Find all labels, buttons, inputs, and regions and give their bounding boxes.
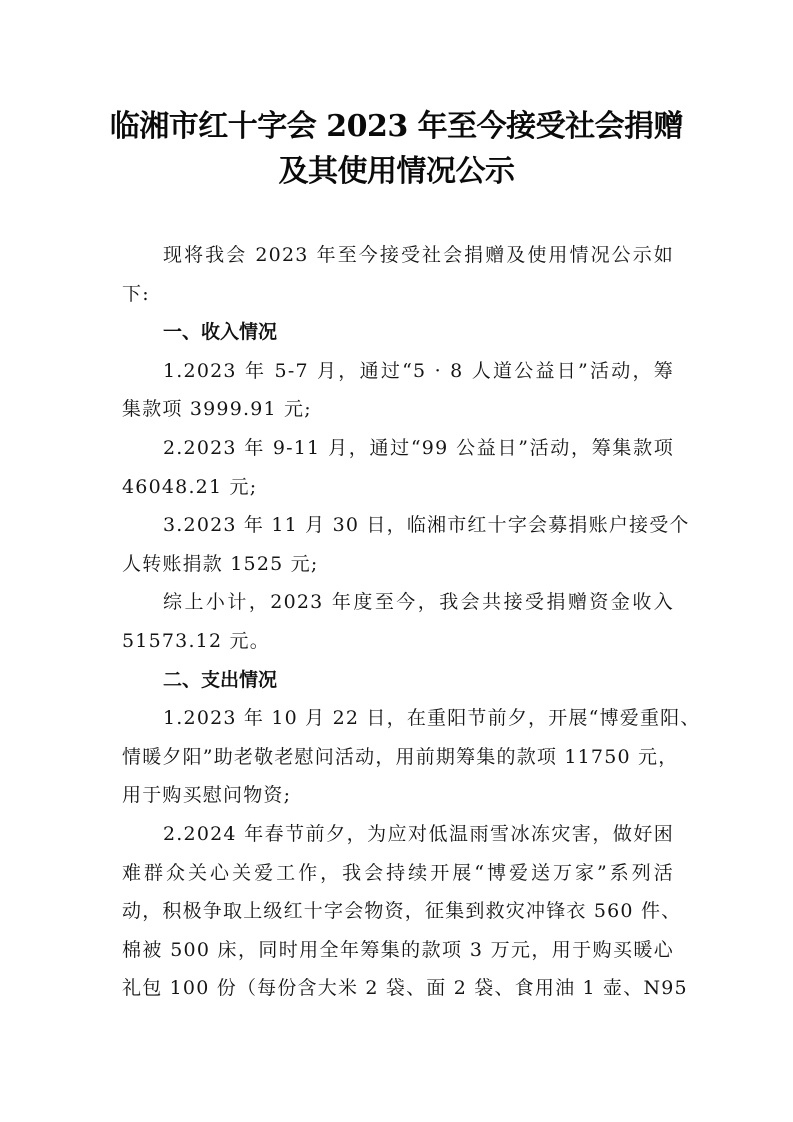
paragraph-line: 集款项 3999.91 元; [122,390,674,429]
income-item-2: 2.2023 年 9-11 月，通过“99 公益日”活动，筹集款项 46048.… [122,429,674,506]
paragraph-line: 难群众关心关爱工作，我会持续开展“博爱送万家”系列活 [122,854,674,893]
expenditure-item-1: 1.2023 年 10 月 22 日，在重阳节前夕，开展“博爱重阳、 情暖夕阳”… [122,699,674,815]
section-heading-expenditure: 二、支出情况 [122,661,674,700]
paragraph-line: 下: [122,275,674,314]
paragraph-line: 人转账捐款 1525 元; [122,545,674,584]
paragraph-line: 2.2024 年春节前夕，为应对低温雨雪冰冻灾害，做好困 [122,815,674,854]
paragraph-line: 现将我会 2023 年至今接受社会捐赠及使用情况公示如 [122,236,674,275]
document-body: 现将我会 2023 年至今接受社会捐赠及使用情况公示如 下: 一、收入情况 1.… [122,236,674,1008]
paragraph-line: 综上小计，2023 年度至今，我会共接受捐赠资金收入 [122,583,674,622]
paragraph-line: 51573.12 元。 [122,622,674,661]
paragraph-line: 动，积极争取上级红十字会物资，征集到救灾冲锋衣 560 件、 [122,892,674,931]
paragraph-line: 1.2023 年 5-7 月，通过“5 · 8 人道公益日”活动，筹 [122,352,674,391]
paragraph-line: 礼包 100 份（每份含大米 2 袋、面 2 袋、食用油 1 壶、N95 [122,969,674,1008]
title-line-1: 临湘市红十字会 2023 年至今接受社会捐赠 [0,104,793,149]
section-heading-income: 一、收入情况 [122,313,674,352]
document-title: 临湘市红十字会 2023 年至今接受社会捐赠 及其使用情况公示 [0,104,793,194]
expenditure-item-2: 2.2024 年春节前夕，为应对低温雨雪冰冻灾害，做好困 难群众关心关爱工作，我… [122,815,674,1008]
paragraph-line: 1.2023 年 10 月 22 日，在重阳节前夕，开展“博爱重阳、 [122,699,674,738]
document-page: 临湘市红十字会 2023 年至今接受社会捐赠 及其使用情况公示 现将我会 202… [0,0,793,1122]
intro-paragraph: 现将我会 2023 年至今接受社会捐赠及使用情况公示如 下: [122,236,674,313]
income-item-3: 3.2023 年 11 月 30 日，临湘市红十字会募捐账户接受个 人转账捐款 … [122,506,674,583]
income-item-1: 1.2023 年 5-7 月，通过“5 · 8 人道公益日”活动，筹 集款项 3… [122,352,674,429]
paragraph-line: 46048.21 元; [122,468,674,507]
paragraph-line: 棉被 500 床，同时用全年筹集的款项 3 万元，用于购买暖心 [122,931,674,970]
paragraph-line: 情暖夕阳”助老敬老慰问活动，用前期筹集的款项 11750 元， [122,738,674,777]
title-line-2: 及其使用情况公示 [0,149,793,194]
paragraph-line: 3.2023 年 11 月 30 日，临湘市红十字会募捐账户接受个 [122,506,674,545]
paragraph-line: 用于购买慰问物资; [122,776,674,815]
income-summary: 综上小计，2023 年度至今，我会共接受捐赠资金收入 51573.12 元。 [122,583,674,660]
paragraph-line: 2.2023 年 9-11 月，通过“99 公益日”活动，筹集款项 [122,429,674,468]
